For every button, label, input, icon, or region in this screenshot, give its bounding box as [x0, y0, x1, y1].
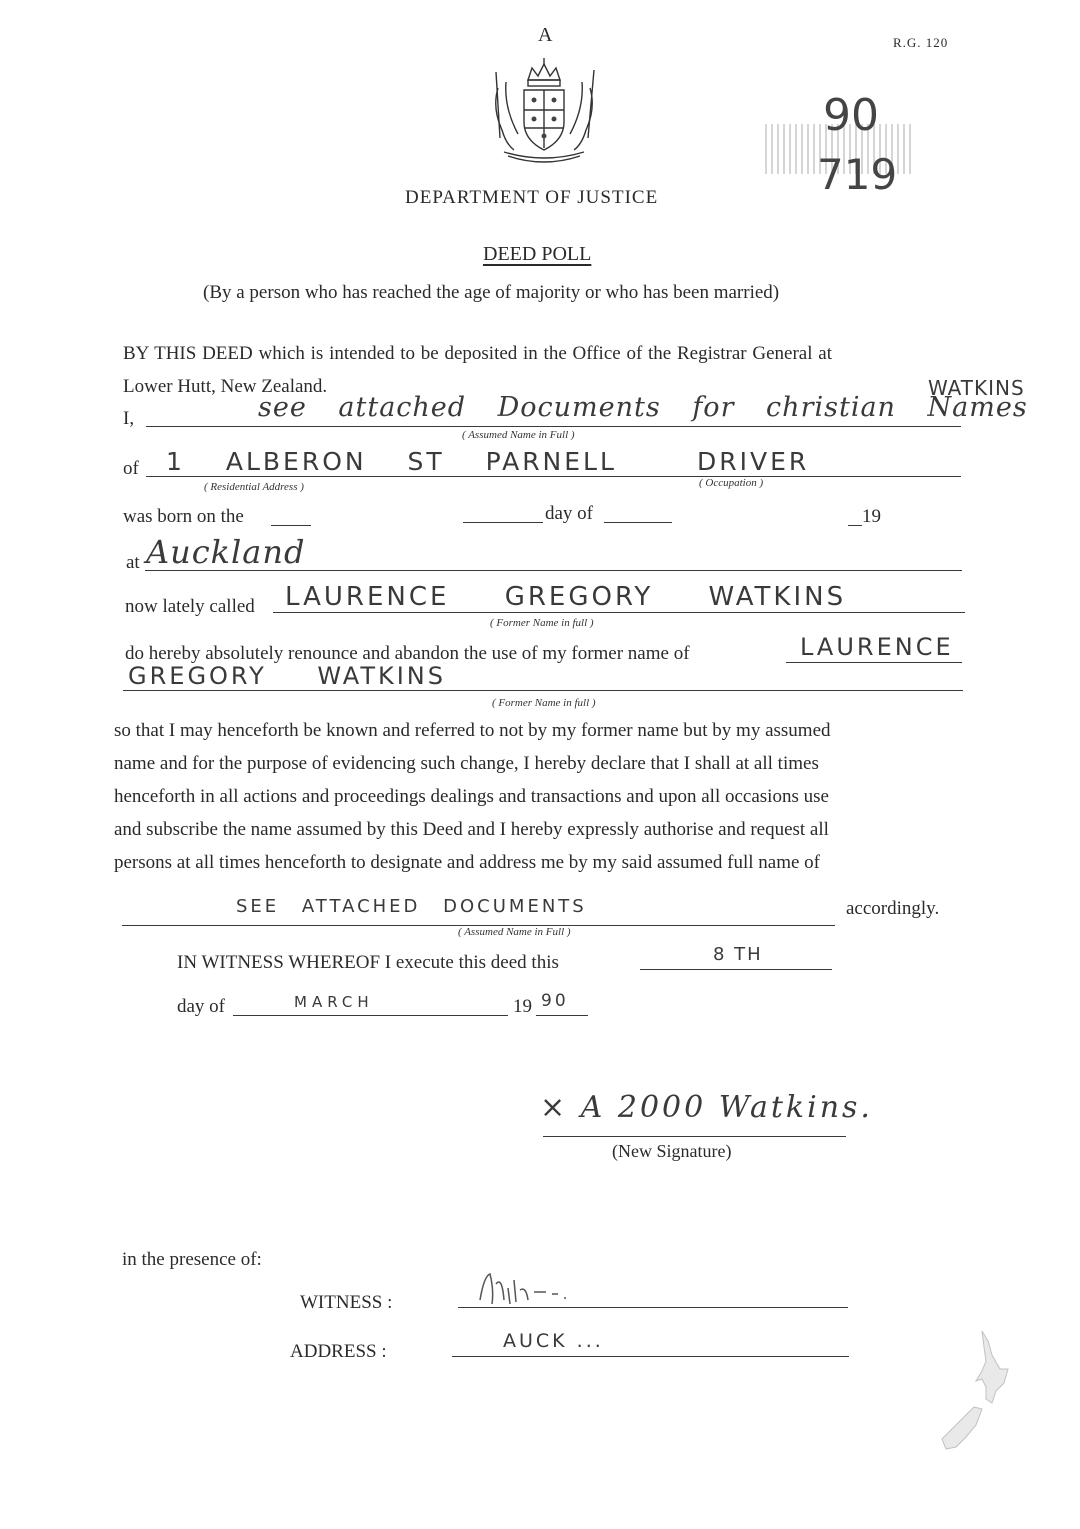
address-caption: ( Residential Address )	[204, 481, 304, 493]
born-month-line	[604, 522, 672, 523]
signature-caption: (New Signature)	[612, 1141, 731, 1162]
former-name-prefix: now lately called	[125, 596, 255, 618]
witness-address-line	[452, 1356, 849, 1357]
assumed-name-caption: ( Assumed Name in Full )	[462, 429, 575, 441]
declaration-line: so that I may henceforth be known and re…	[114, 714, 831, 747]
declaration-line: name and for the purpose of evidencing s…	[114, 747, 831, 780]
occupation-caption: ( Occupation )	[699, 477, 763, 489]
renounce-value-line1[interactable]: LAURENCE	[800, 633, 954, 661]
birthplace-value[interactable]: Auckland	[146, 533, 305, 571]
born-year-line	[848, 525, 862, 526]
accordingly-text: accordingly.	[846, 898, 939, 920]
born-day-line-2	[463, 522, 543, 523]
declaration-line: and subscribe the name assumed by this D…	[114, 813, 831, 846]
execution-year-value[interactable]: 90	[541, 991, 569, 1011]
born-year-prefix: 19	[862, 506, 881, 528]
execution-day-of: day of	[177, 996, 225, 1018]
address-value[interactable]: 1 ALBERON ST PARNELL	[166, 447, 617, 476]
renounce-line-2	[123, 690, 963, 691]
former-name-line	[273, 612, 965, 613]
declaration-paragraph: so that I may henceforth be known and re…	[114, 714, 831, 879]
form-code: R.G. 120	[893, 35, 948, 51]
coat-of-arms-icon	[484, 58, 604, 164]
document-subtitle: (By a person who has reached the age of …	[203, 282, 779, 304]
presence-label: in the presence of:	[122, 1249, 262, 1271]
assumed-name-line	[146, 426, 961, 427]
renounce-caption: ( Former Name in full )	[492, 697, 596, 709]
execution-month-value[interactable]: MARCH	[294, 993, 374, 1011]
registry-stamp: 90 719	[765, 112, 925, 207]
execution-year-prefix: 19	[513, 996, 532, 1018]
renounce-value-line2[interactable]: GREGORY WATKINS	[128, 662, 446, 690]
address-line	[146, 476, 961, 477]
witness-line	[458, 1307, 848, 1308]
declaration-line: persons at all times henceforth to desig…	[114, 846, 831, 879]
witness-address-value[interactable]: AUCK ...	[503, 1330, 604, 1352]
execution-day-line	[640, 969, 832, 970]
assumed-full-caption: ( Assumed Name in Full )	[458, 926, 571, 938]
born-day-of: day of	[545, 503, 593, 525]
assumed-name-extra[interactable]: WATKINS	[928, 376, 1025, 400]
assumed-full-value[interactable]: SEE ATTACHED DOCUMENTS	[236, 896, 587, 917]
address-label: ADDRESS :	[290, 1341, 387, 1363]
former-name-value[interactable]: LAURENCE GREGORY WATKINS	[285, 582, 846, 612]
address-prefix: of	[123, 458, 139, 480]
execution-day-value[interactable]: 8 TH	[713, 944, 763, 965]
stamp-number-top: 90	[823, 90, 879, 141]
occupation-value[interactable]: DRIVER	[697, 447, 809, 476]
department-name: DEPARTMENT OF JUSTICE	[405, 187, 658, 209]
signature-value[interactable]: × A 2000 Watkins.	[540, 1090, 873, 1125]
stamp-number-bottom: 719	[817, 150, 897, 199]
birthplace-prefix: at	[126, 552, 140, 574]
witness-whereof-text: IN WITNESS WHEREOF I execute this deed t…	[177, 952, 559, 974]
signature-line	[543, 1136, 846, 1137]
new-zealand-map-icon	[930, 1325, 1020, 1455]
assumed-name-prefix: I,	[123, 408, 134, 430]
renounce-line-1	[786, 662, 962, 663]
former-name-caption: ( Former Name in full )	[490, 617, 594, 629]
form-letter: A	[538, 24, 552, 47]
born-prefix: was born on the	[123, 506, 244, 528]
witness-signature[interactable]	[470, 1270, 620, 1306]
declaration-line: henceforth in all actions and proceeding…	[114, 780, 831, 813]
intro-line-1: BY THIS DEED which is intended to be dep…	[123, 343, 832, 365]
assumed-name-value[interactable]: see attached Documents for christian Nam…	[258, 392, 1028, 423]
execution-month-line	[233, 1015, 508, 1016]
born-day-line	[271, 525, 311, 526]
execution-year-line	[536, 1015, 588, 1016]
document-title: DEED POLL	[483, 243, 591, 266]
witness-label: WITNESS :	[300, 1292, 392, 1314]
